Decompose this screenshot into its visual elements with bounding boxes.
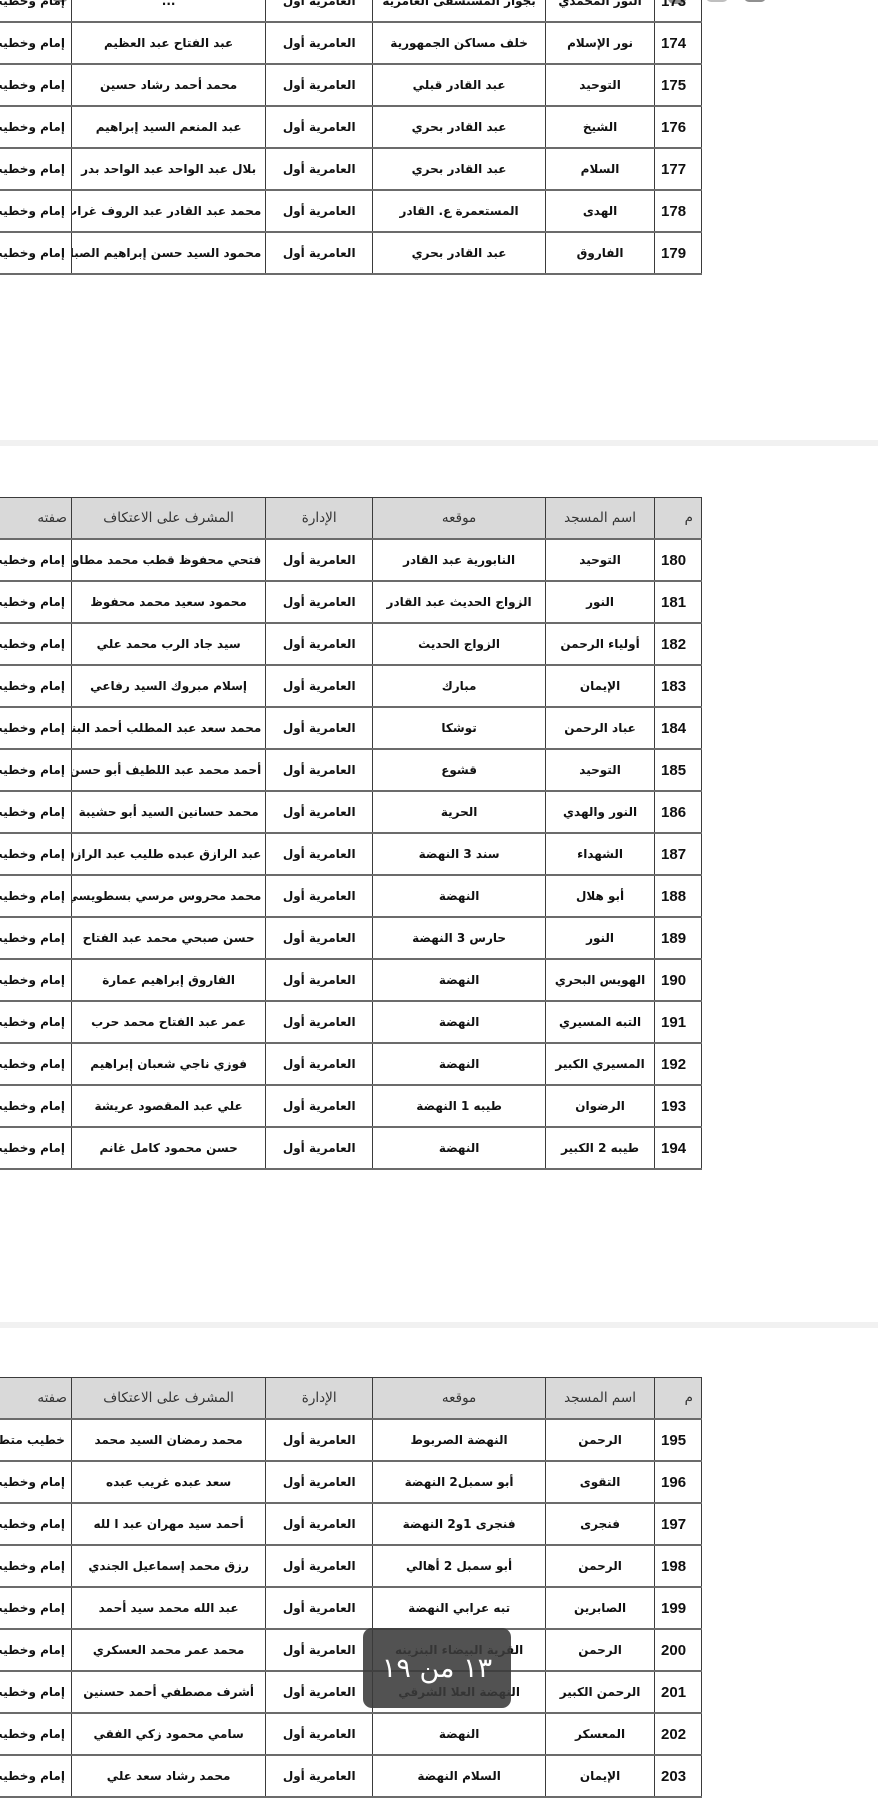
toolbar-icon[interactable]: [706, 0, 728, 2]
cell-supervisor-name: محمود السيد حسن إبراهيم الصباغ: [71, 232, 265, 274]
cell-mosque-name: المسيري الكبير: [546, 1043, 655, 1085]
mosque-table-page-1: 173النور المحمديبجوار المستشفى العامريةا…: [0, 0, 702, 275]
cell-location: عبد القادر بحري: [373, 106, 546, 148]
cell-role: إمام وخطيب: [0, 623, 71, 665]
cell-administration: العامرية أول: [266, 0, 373, 22]
cell-supervisor-name: محمد رمضان السيد محمد: [71, 1419, 265, 1461]
cell-role: إمام وخطيب: [0, 1629, 71, 1671]
table-row: 173النور المحمديبجوار المستشفى العامريةا…: [0, 0, 702, 22]
table-row: 181النورالزواج الحديث عبد القادرالعامرية…: [0, 581, 702, 623]
cell-row-number: 181: [655, 581, 702, 623]
cell-mosque-name: أولياء الرحمن: [546, 623, 655, 665]
cell-row-number: 174: [655, 22, 702, 64]
header-role: صفته: [0, 1378, 71, 1420]
cell-mosque-name: النور المحمدي: [546, 0, 655, 22]
cell-supervisor-name: فوزي ناجي شعبان إبراهيم: [71, 1043, 265, 1085]
cell-mosque-name: التوحيد: [546, 64, 655, 106]
table-row: 196التقوىأبو سمبل2 النهضةالعامرية أولسعد…: [0, 1461, 702, 1503]
cell-administration: العامرية أول: [266, 1587, 373, 1629]
table-row: 178الهدىالمستعمرة ع. القادرالعامرية أولم…: [0, 190, 702, 232]
cell-location: النهضة: [373, 1001, 546, 1043]
cell-administration: العامرية أول: [266, 623, 373, 665]
header-administration: الإدارة: [266, 1378, 373, 1420]
cell-administration: العامرية أول: [266, 833, 373, 875]
cell-administration: العامرية أول: [266, 1545, 373, 1587]
cell-row-number: 190: [655, 959, 702, 1001]
table-row: 185التوحيدقشوعالعامرية أولأحمد محمد عبد …: [0, 749, 702, 791]
table-row: 194طيبه 2 الكبيرالنهضةالعامرية أولحسن مح…: [0, 1127, 702, 1169]
cell-supervisor-name: محمد عمر محمد العسكري: [71, 1629, 265, 1671]
header-location: موقعه: [373, 1378, 546, 1420]
cell-role: خطيب متطوع: [0, 1419, 71, 1461]
cell-mosque-name: الرضوان: [546, 1085, 655, 1127]
cell-role: إمام وخطيب: [0, 791, 71, 833]
cell-row-number: 201: [655, 1671, 702, 1713]
cell-mosque-name: النور: [546, 581, 655, 623]
table-row: 202المعسكرالنهضةالعامرية أولسامي محمود ز…: [0, 1713, 702, 1755]
cell-role: إمام وخطيب: [0, 833, 71, 875]
cell-mosque-name: التبه المسيري: [546, 1001, 655, 1043]
page-indicator-badge: ١٣ من ١٩: [363, 1628, 511, 1708]
cell-supervisor-name: محمد حسانين السيد أبو حشيبة: [71, 791, 265, 833]
cell-mosque-name: الرحمن: [546, 1545, 655, 1587]
cell-supervisor-name: سيد جاد الرب محمد علي: [71, 623, 265, 665]
cell-mosque-name: الإيمان: [546, 665, 655, 707]
cell-row-number: 196: [655, 1461, 702, 1503]
table-row: 188أبو هلالالنهضةالعامرية أولمحمد محروس …: [0, 875, 702, 917]
cell-administration: العامرية أول: [266, 581, 373, 623]
cell-row-number: 184: [655, 707, 702, 749]
table-row: 180التوحيدالنابورية عبد القادرالعامرية أ…: [0, 539, 702, 581]
cell-role: إمام وخطيب: [0, 1755, 71, 1797]
table-row: 190الهويس البحريالنهضةالعامرية أولالفارو…: [0, 959, 702, 1001]
cell-supervisor-name: حسن محمود كامل غانم: [71, 1127, 265, 1169]
cell-location: أبو سمبل 2 أهالي: [373, 1545, 546, 1587]
table-row: 200الرحمنالقرية البيضاء البنزينهالعامرية…: [0, 1629, 702, 1671]
header-mosque-name: اسم المسجد: [546, 1378, 655, 1420]
cell-location: النابورية عبد القادر: [373, 539, 546, 581]
cell-supervisor-name: محمد سعد عبد المطلب أحمد البنا: [71, 707, 265, 749]
table-row: 177السلامعبد القادر بحريالعامرية أولبلال…: [0, 148, 702, 190]
cell-row-number: 198: [655, 1545, 702, 1587]
cell-row-number: 203: [655, 1755, 702, 1797]
cell-mosque-name: الهويس البحري: [546, 959, 655, 1001]
header-supervisor: المشرف على الاعتكاف: [71, 1378, 265, 1420]
cell-row-number: 178: [655, 190, 702, 232]
cell-supervisor-name: إسلام مبروك السيد رفاعي: [71, 665, 265, 707]
cell-row-number: 185: [655, 749, 702, 791]
cell-administration: العامرية أول: [266, 665, 373, 707]
header-no: م: [655, 498, 702, 540]
mosque-table-page-3: م اسم المسجد موقعه الإدارة المشرف على ال…: [0, 1377, 702, 1798]
cell-location: توشكا: [373, 707, 546, 749]
cell-mosque-name: عباد الرحمن: [546, 707, 655, 749]
cell-role: إمام وخطيب: [0, 64, 71, 106]
cell-administration: العامرية أول: [266, 1419, 373, 1461]
cell-location: المستعمرة ع. القادر: [373, 190, 546, 232]
header-mosque-name: اسم المسجد: [546, 498, 655, 540]
table-row: 199الصابرينتبه عرابي النهضةالعامرية أولع…: [0, 1587, 702, 1629]
cell-administration: العامرية أول: [266, 1755, 373, 1797]
cell-location: النهضة: [373, 959, 546, 1001]
cell-administration: العامرية أول: [266, 1503, 373, 1545]
cell-location: عبد القادر بحري: [373, 232, 546, 274]
header-no: م: [655, 1378, 702, 1420]
cell-row-number: 183: [655, 665, 702, 707]
cell-row-number: 197: [655, 1503, 702, 1545]
cell-location: الزواج الحديث: [373, 623, 546, 665]
cell-supervisor-name: عبد الفتاح عبد العظيم: [71, 22, 265, 64]
cell-mosque-name: السلام: [546, 148, 655, 190]
cell-location: الحرية: [373, 791, 546, 833]
cell-administration: العامرية أول: [266, 875, 373, 917]
cell-mosque-name: التوحيد: [546, 539, 655, 581]
cell-row-number: 186: [655, 791, 702, 833]
cell-mosque-name: أبو هلال: [546, 875, 655, 917]
cell-role: إمام وخطيب: [0, 581, 71, 623]
cell-role: إمام وخطيب: [0, 1587, 71, 1629]
cell-mosque-name: الشيخ: [546, 106, 655, 148]
cell-mosque-name: نور الإسلام: [546, 22, 655, 64]
cell-row-number: 199: [655, 1587, 702, 1629]
cell-role: إمام وخطيب: [0, 232, 71, 274]
cell-mosque-name: الإيمان: [546, 1755, 655, 1797]
cell-mosque-name: الهدى: [546, 190, 655, 232]
cell-mosque-name: المعسكر: [546, 1713, 655, 1755]
table-row: 187الشهداءسند 3 النهضةالعامرية أولعبد ال…: [0, 833, 702, 875]
header-administration: الإدارة: [266, 498, 373, 540]
cell-row-number: 179: [655, 232, 702, 274]
page-separator: [0, 440, 878, 446]
cell-administration: العامرية أول: [266, 1043, 373, 1085]
cell-mosque-name: الشهداء: [546, 833, 655, 875]
cell-mosque-name: فنجرى: [546, 1503, 655, 1545]
cell-role: إمام وخطيب: [0, 707, 71, 749]
table-header-row: م اسم المسجد موقعه الإدارة المشرف على ال…: [0, 1378, 702, 1420]
cell-supervisor-name: فتحي محفوظ قطب محمد مطاوع: [71, 539, 265, 581]
cell-role: إمام وخطيب: [0, 1713, 71, 1755]
header-location: موقعه: [373, 498, 546, 540]
cell-role: إمام وخطيب: [0, 1545, 71, 1587]
cell-location: النهضة: [373, 1043, 546, 1085]
cell-role: إمام وخطيب: [0, 1127, 71, 1169]
cell-mosque-name: طيبه 2 الكبير: [546, 1127, 655, 1169]
cell-supervisor-name: سعد عبده غريب عبده: [71, 1461, 265, 1503]
cell-role: إمام وخطيب: [0, 1671, 71, 1713]
table-row: 191التبه المسيريالنهضةالعامرية أولعمر عب…: [0, 1001, 702, 1043]
cell-location: الزواج الحديث عبد القادر: [373, 581, 546, 623]
cell-mosque-name: الصابرين: [546, 1587, 655, 1629]
cell-mosque-name: الرحمن: [546, 1419, 655, 1461]
cell-row-number: 173: [655, 0, 702, 22]
cell-mosque-name: النور والهدي: [546, 791, 655, 833]
cell-location: أبو سمبل2 النهضة: [373, 1461, 546, 1503]
cell-row-number: 175: [655, 64, 702, 106]
table-row: 203الإيمانالسلام النهضةالعامرية أولمحمد …: [0, 1755, 702, 1797]
cell-administration: العامرية أول: [266, 1127, 373, 1169]
cell-location: مبارك: [373, 665, 546, 707]
cell-administration: العامرية أول: [266, 1671, 373, 1713]
cell-role: إمام وخطيب: [0, 875, 71, 917]
cell-row-number: 188: [655, 875, 702, 917]
cell-administration: العامرية أول: [266, 1629, 373, 1671]
cell-mosque-name: الرحمن: [546, 1629, 655, 1671]
cell-role: إمام وخطيب: [0, 22, 71, 64]
table-row: 176الشيخعبد القادر بحريالعامرية أولعبد ا…: [0, 106, 702, 148]
cell-location: خلف مساكن الجمهورية: [373, 22, 546, 64]
table-row: 193الرضوانطيبه 1 النهضةالعامرية أولعلي ع…: [0, 1085, 702, 1127]
cell-role: إمام وخطيب: [0, 148, 71, 190]
table-row: 175التوحيدعبد القادر قبليالعامرية أولمحم…: [0, 64, 702, 106]
cell-location: حارس 3 النهضة: [373, 917, 546, 959]
cell-administration: العامرية أول: [266, 959, 373, 1001]
cell-administration: العامرية أول: [266, 707, 373, 749]
cell-supervisor-name: أشرف مصطفي أحمد حسنين: [71, 1671, 265, 1713]
cell-mosque-name: التوحيد: [546, 749, 655, 791]
cell-supervisor-name: أحمد محمد عبد اللطيف أبو حسن: [71, 749, 265, 791]
table-row: 186النور والهديالحريةالعامرية أولمحمد حس…: [0, 791, 702, 833]
cell-role: إمام وخطيب: [0, 1001, 71, 1043]
cell-row-number: 193: [655, 1085, 702, 1127]
cell-role: إمام وخطيب: [0, 665, 71, 707]
cell-location: سند 3 النهضة: [373, 833, 546, 875]
cell-administration: العامرية أول: [266, 22, 373, 64]
cell-administration: العامرية أول: [266, 1085, 373, 1127]
cell-role: إمام وخطيب: [0, 1085, 71, 1127]
cell-role: إمام وخطيب: [0, 917, 71, 959]
cell-administration: العامرية أول: [266, 232, 373, 274]
cell-location: طيبه 1 النهضة: [373, 1085, 546, 1127]
cell-supervisor-name: عبد الرازق عبده طليب عبد الرازق: [71, 833, 265, 875]
cell-role: إمام وخطيب: [0, 190, 71, 232]
header-supervisor: المشرف على الاعتكاف: [71, 498, 265, 540]
mosque-table-page-2: م اسم المسجد موقعه الإدارة المشرف على ال…: [0, 497, 702, 1170]
cell-row-number: 180: [655, 539, 702, 581]
cell-location: بجوار المستشفى العامرية: [373, 0, 546, 22]
table-row: 195الرحمنالنهضة الصربوطالعامرية أولمحمد …: [0, 1419, 702, 1461]
cell-role: إمام وخطيب: [0, 1503, 71, 1545]
cell-supervisor-name: عبد المنعم السيد إبراهيم: [71, 106, 265, 148]
table-row: 182أولياء الرحمنالزواج الحديثالعامرية أو…: [0, 623, 702, 665]
header-role: صفته: [0, 498, 71, 540]
toolbar-icon[interactable]: [744, 0, 766, 2]
cell-supervisor-name: عمر عبد الفتاح محمد حرب: [71, 1001, 265, 1043]
cell-supervisor-name: عبد الله محمد سيد أحمد: [71, 1587, 265, 1629]
cell-administration: العامرية أول: [266, 749, 373, 791]
table-row: 201الرحمن الكبيرالنهضة العلا الشرقيالعام…: [0, 1671, 702, 1713]
cell-row-number: 195: [655, 1419, 702, 1461]
cell-role: إمام وخطيب: [0, 959, 71, 1001]
page-separator: [0, 1322, 878, 1328]
cell-administration: العامرية أول: [266, 106, 373, 148]
cell-administration: العامرية أول: [266, 539, 373, 581]
cell-administration: العامرية أول: [266, 917, 373, 959]
cell-supervisor-name: علي عبد المقصود عريشة: [71, 1085, 265, 1127]
cell-supervisor-name: محمد رشاد سعد علي: [71, 1755, 265, 1797]
cell-row-number: 176: [655, 106, 702, 148]
cell-administration: العامرية أول: [266, 1461, 373, 1503]
cell-row-number: 202: [655, 1713, 702, 1755]
cell-administration: العامرية أول: [266, 64, 373, 106]
cell-supervisor-name: محمد أحمد رشاد حسين: [71, 64, 265, 106]
cell-mosque-name: الرحمن الكبير: [546, 1671, 655, 1713]
cell-location: قشوع: [373, 749, 546, 791]
table-row: 197فنجرىفنجرى 1و2 النهضةالعامرية أولأحمد…: [0, 1503, 702, 1545]
cell-role: إمام وخطيب: [0, 106, 71, 148]
cell-location: تبه عرابي النهضة: [373, 1587, 546, 1629]
table-row: 179الفاروقعبد القادر بحريالعامرية أولمحم…: [0, 232, 702, 274]
table-row: 183الإيمانمباركالعامرية أولإسلام مبروك ا…: [0, 665, 702, 707]
table-row: 184عباد الرحمنتوشكاالعامرية أولمحمد سعد …: [0, 707, 702, 749]
cell-row-number: 191: [655, 1001, 702, 1043]
cell-location: النهضة: [373, 1713, 546, 1755]
cell-location: عبد القادر قبلي: [373, 64, 546, 106]
cell-location: السلام النهضة: [373, 1755, 546, 1797]
cell-row-number: 182: [655, 623, 702, 665]
cell-row-number: 200: [655, 1629, 702, 1671]
cell-row-number: 192: [655, 1043, 702, 1085]
cell-row-number: 194: [655, 1127, 702, 1169]
table-row: 189النورحارس 3 النهضةالعامرية أولحسن صبح…: [0, 917, 702, 959]
table-header-row: م اسم المسجد موقعه الإدارة المشرف على ال…: [0, 498, 702, 540]
cell-supervisor-name: بلال عبد الواحد عبد الواحد بدر: [71, 148, 265, 190]
cell-role: إمام وخطيب: [0, 749, 71, 791]
cell-row-number: 177: [655, 148, 702, 190]
cell-location: النهضة الصربوط: [373, 1419, 546, 1461]
cell-supervisor-name: الفاروق إبراهيم عمارة: [71, 959, 265, 1001]
cell-supervisor-name: حسن صبحي محمد عبد الفتاح: [71, 917, 265, 959]
table-row: 198الرحمنأبو سمبل 2 أهاليالعامرية أولرزق…: [0, 1545, 702, 1587]
cell-supervisor-name: أحمد سيد مهران عبد ا لله: [71, 1503, 265, 1545]
cell-row-number: 187: [655, 833, 702, 875]
cell-location: النهضة: [373, 875, 546, 917]
cell-administration: العامرية أول: [266, 791, 373, 833]
cell-location: النهضة: [373, 1127, 546, 1169]
cell-supervisor-name: رزق محمد إسماعيل الجندي: [71, 1545, 265, 1587]
cell-mosque-name: الفاروق: [546, 232, 655, 274]
cell-row-number: 189: [655, 917, 702, 959]
cell-role: إمام وخطيب: [0, 539, 71, 581]
cell-supervisor-name: محمد عبد القادر عبد الروف غراب: [71, 190, 265, 232]
cell-location: عبد القادر بحري: [373, 148, 546, 190]
cell-role: إمام وخطيب: [0, 0, 71, 22]
cell-administration: العامرية أول: [266, 148, 373, 190]
cell-administration: العامرية أول: [266, 190, 373, 232]
cell-administration: العامرية أول: [266, 1713, 373, 1755]
cell-role: إمام وخطيب: [0, 1461, 71, 1503]
table-row: 174نور الإسلامخلف مساكن الجمهوريةالعامري…: [0, 22, 702, 64]
cell-supervisor-name: محمد محروس مرسي بسطويسي: [71, 875, 265, 917]
cell-location: فنجرى 1و2 النهضة: [373, 1503, 546, 1545]
cell-supervisor-name: سامي محمود زكي الفقي: [71, 1713, 265, 1755]
table-row: 192المسيري الكبيرالنهضةالعامرية أولفوزي …: [0, 1043, 702, 1085]
cell-mosque-name: النور: [546, 917, 655, 959]
cell-supervisor-name: محمود سعيد محمد محفوظ: [71, 581, 265, 623]
cell-mosque-name: التقوى: [546, 1461, 655, 1503]
cell-role: إمام وخطيب: [0, 1043, 71, 1085]
cell-supervisor-name: ...: [71, 0, 265, 22]
cell-administration: العامرية أول: [266, 1001, 373, 1043]
